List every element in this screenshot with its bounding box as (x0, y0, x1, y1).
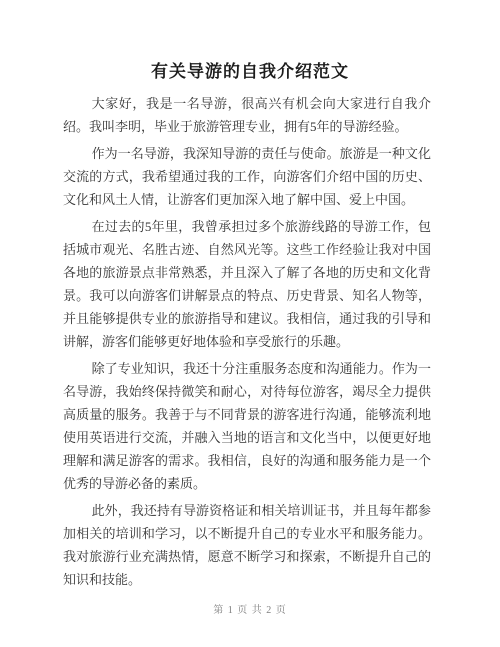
document-title: 有关导游的自我介绍范文 (0, 57, 500, 82)
paragraph-mission: 作为一名导游，我深知导游的责任与使命。旅游是一种文化交流的方式，我希望通过我的工… (63, 142, 431, 211)
page-indicator: 第 1 页 共 2 页 (213, 605, 287, 616)
document-body: 大家好，我是一名导游，很高兴有机会向大家进行自我介绍。我叫李明，毕业于旅游管理专… (0, 92, 500, 591)
page-footer: 第 1 页 共 2 页 (0, 601, 500, 616)
document-page: 有关导游的自我介绍范文 大家好，我是一名导游，很高兴有机会向大家进行自我介绍。我… (0, 0, 500, 647)
paragraph-service: 除了专业知识，我还十分注重服务态度和沟通能力。作为一名导游，我始终保持微笑和耐心… (63, 357, 431, 495)
paragraph-experience: 在过去的5年里，我曾承担过多个旅游线路的导游工作，包括城市观光、名胜古迹、自然风… (63, 215, 431, 353)
paragraph-intro: 大家好，我是一名导游，很高兴有机会向大家进行自我介绍。我叫李明，毕业于旅游管理专… (63, 92, 431, 138)
paragraph-certification: 此外，我还持有导游资格证和相关培训证书，并且每年都参加相关的培训和学习，以不断提… (63, 499, 431, 591)
